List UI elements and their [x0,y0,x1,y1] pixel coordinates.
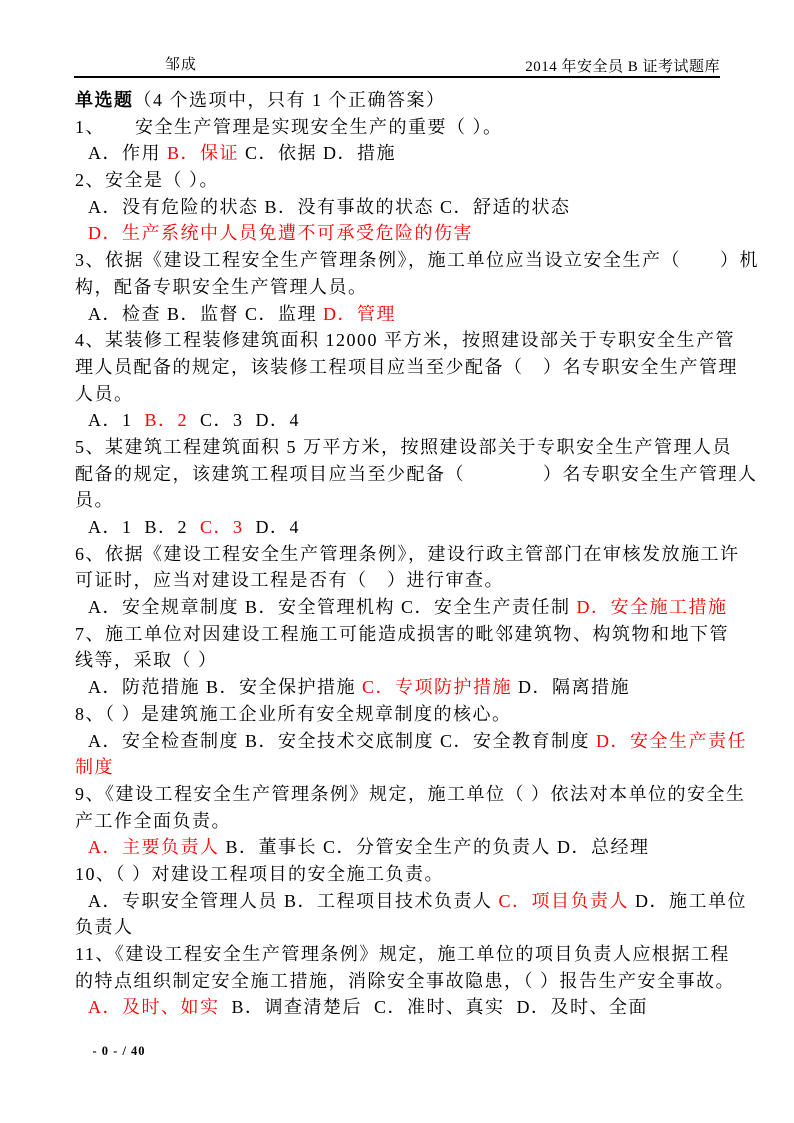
text-segment: 的特点组织制定安全施工措施，消除安全事故隐患，（ ）报告生产安全事故。 [75,971,735,991]
page-footer: - 0 - / 40 [76,1029,146,1074]
question-line: 6、依据《建设工程安全生产管理条例》，建设行政主管部门在审核发放施工许 [75,541,723,568]
continuation-line: 负责人 [75,914,723,941]
text-segment: 人员。 [75,384,134,404]
text-segment: （4 个选项中，只有 1 个正确答案） [134,90,446,110]
text-segment: 4、某装修工程装修建筑面积 12000 平方米，按照建设部关于专职安全生产管 [75,330,735,350]
text-segment: 单选题 [75,90,134,110]
question-line: 11、《建设工程安全生产管理条例》规定，施工单位的项目负责人应根据工程 [75,941,723,968]
continuation-line: 构，配备专职安全生产管理人员。 [75,274,723,301]
document-page: 邹成 2014 年安全员 B 证考试题库 单选题（4 个选项中，只有 1 个正确… [0,0,794,1123]
text-segment: A．安全规章制度 B．安全管理机构 C．安全生产责任制 [88,597,577,617]
question-line: 9、《建设工程安全生产管理条例》规定，施工单位（ ）依法对本单位的安全生 [75,781,723,808]
text-segment: B．董事长 C．分管安全生产的负责人 D．总经理 [220,837,650,857]
document-body: 单选题（4 个选项中，只有 1 个正确答案）1、 安全生产管理是实现安全生产的重… [75,87,723,1021]
text-segment: 可证时，应当对建设工程是否有（ ）进行审查。 [75,570,504,590]
text-segment: A．安全检查制度 B．安全技术交底制度 C．安全教育制度 [88,731,596,751]
correct-answer-text: C．项目负责人 [499,891,630,911]
text-segment: 员。 [75,490,114,510]
header-author: 邹成 [165,53,197,74]
text-segment: 2、安全是（ ）。 [75,170,219,190]
text-segment: B．调查清楚后 C．准时、真实 D．及时、全面 [220,997,649,1017]
correct-answer-text: 制度 [75,757,114,777]
text-segment: 11、《建设工程安全生产管理条例》规定，施工单位的项目负责人应根据工程 [75,944,730,964]
page-number: - 0 - / 40 [93,1044,146,1058]
option-line: A．安全检查制度 B．安全技术交底制度 C．安全教育制度 D．安全生产责任 [75,728,723,755]
option-line: A．及时、如实 B．调查清楚后 C．准时、真实 D．及时、全面 [75,994,723,1021]
correct-answer-text: D．管理 [323,304,396,324]
continuation-line: 理人员配备的规定，该装修工程项目应当至少配备（ ）名专职安全生产管理 [75,354,723,381]
question-line: 1、 安全生产管理是实现安全生产的重要（ ）。 [75,114,723,141]
correct-answer-text: D．生产系统中人员免遭不可承受危险的伤害 [88,223,473,243]
text-segment: 3、依据《建设工程安全生产管理条例》，施工单位应当设立安全生产（ ）机 [75,250,759,270]
text-segment: A．没有危险的状态 B．没有事故的状态 C．舒适的状态 [88,197,571,217]
text-segment: 线等，采取（ ） [75,650,218,670]
continuation-line: 人员。 [75,381,723,408]
text-segment: C．3 D．4 [188,410,300,430]
question-line: 8、（ ）是建筑施工企业所有安全规章制度的核心。 [75,701,723,728]
question-line: 2、安全是（ ）。 [75,167,723,194]
text-segment: A．专职安全管理人员 B．工程项目技术负责人 [88,891,499,911]
continuation-line: 线等，采取（ ） [75,647,723,674]
text-segment: A．1 [88,410,145,430]
option-line: A．防范措施 B．安全保护措施 C．专项防护措施 D．隔离措施 [75,674,723,701]
text-segment: D．隔离措施 [512,677,630,697]
correct-answer-text: D．安全施工措施 [577,597,728,617]
option-line: A．1 B．2 C．3 D．4 [75,407,723,434]
text-segment: 构，配备专职安全生产管理人员。 [75,277,368,297]
text-segment: 8、（ ）是建筑施工企业所有安全规章制度的核心。 [75,704,512,724]
correct-answer-text: C．专项防护措施 [362,677,512,697]
text-segment: 6、依据《建设工程安全生产管理条例》，建设行政主管部门在审核发放施工许 [75,544,740,564]
question-line: 10、（ ）对建设工程项目的安全施工负责。 [75,861,723,888]
header-rule [74,76,720,78]
text-segment: A．检查 B．监督 C．监理 [88,304,323,324]
option-line: A．主要负责人 B．董事长 C．分管安全生产的负责人 D．总经理 [75,834,723,861]
text-segment: A．防范措施 B．安全保护措施 [88,677,362,697]
continuation-line: 配备的规定，该建筑工程项目应当至少配备（ ）名专职安全生产管理人 [75,461,723,488]
text-segment: D．4 [244,517,301,537]
continuation-line: 可证时，应当对建设工程是否有（ ）进行审查。 [75,567,723,594]
text-segment: 7、施工单位对因建设工程施工可能造成损害的毗邻建筑物、构筑物和地下管 [75,624,729,644]
correct-answer-text: D．安全生产责任 [596,731,747,751]
text-segment: 9、《建设工程安全生产管理条例》规定，施工单位（ ）依法对本单位的安全生 [75,784,746,804]
text-segment: 理人员配备的规定，该装修工程项目应当至少配备（ ）名专职安全生产管理 [75,357,738,377]
option-line: A．检查 B．监督 C．监理 D．管理 [75,301,723,328]
continuation-line: 产工作全面负责。 [75,808,723,835]
option-line: A．专职安全管理人员 B．工程项目技术负责人 C．项目负责人 D．施工单位 [75,888,723,915]
correct-answer-text: B．保证 [167,143,239,163]
continuation-line: 制度 [75,754,723,781]
option-line: A．1 B．2 C．3 D．4 [75,514,723,541]
text-segment: D．施工单位 [629,891,747,911]
correct-answer-text: A．主要负责人 [88,837,220,857]
correct-answer-text: A．及时、如实 [88,997,220,1017]
text-segment: 1、 安全生产管理是实现安全生产的重要（ ）。 [75,117,503,137]
continuation-line: 员。 [75,487,723,514]
question-line: 7、施工单位对因建设工程施工可能造成损害的毗邻建筑物、构筑物和地下管 [75,621,723,648]
text-segment: C．依据 D．措施 [239,143,396,163]
text-segment: 负责人 [75,917,134,937]
option-line: A．安全规章制度 B．安全管理机构 C．安全生产责任制 D．安全施工措施 [75,594,723,621]
question-line: 4、某装修工程装修建筑面积 12000 平方米，按照建设部关于专职安全生产管 [75,327,723,354]
correct-answer-text: B．2 [145,410,189,430]
header-title: 2014 年安全员 B 证考试题库 [525,55,720,76]
text-segment: 配备的规定，该建筑工程项目应当至少配备（ ）名专职安全生产管理人 [75,464,758,484]
correct-answer-text: C．3 [200,517,244,537]
text-segment: 产工作全面负责。 [75,811,231,831]
text-segment: A．作用 [88,143,167,163]
section-heading: 单选题（4 个选项中，只有 1 个正确答案） [75,87,723,114]
text-segment: 10、（ ）对建设工程项目的安全施工负责。 [75,864,444,884]
question-line: 5、某建筑工程建筑面积 5 万平方米，按照建设部关于专职安全生产管理人员 [75,434,723,461]
option-line: D．生产系统中人员免遭不可承受危险的伤害 [75,220,723,247]
text-segment: 5、某建筑工程建筑面积 5 万平方米，按照建设部关于专职安全生产管理人员 [75,437,732,457]
option-line: A．没有危险的状态 B．没有事故的状态 C．舒适的状态 [75,194,723,221]
continuation-line: 的特点组织制定安全施工措施，消除安全事故隐患，（ ）报告生产安全事故。 [75,968,723,995]
option-line: A．作用 B．保证 C．依据 D．措施 [75,140,723,167]
text-segment: A．1 B．2 [88,517,200,537]
question-line: 3、依据《建设工程安全生产管理条例》，施工单位应当设立安全生产（ ）机 [75,247,723,274]
